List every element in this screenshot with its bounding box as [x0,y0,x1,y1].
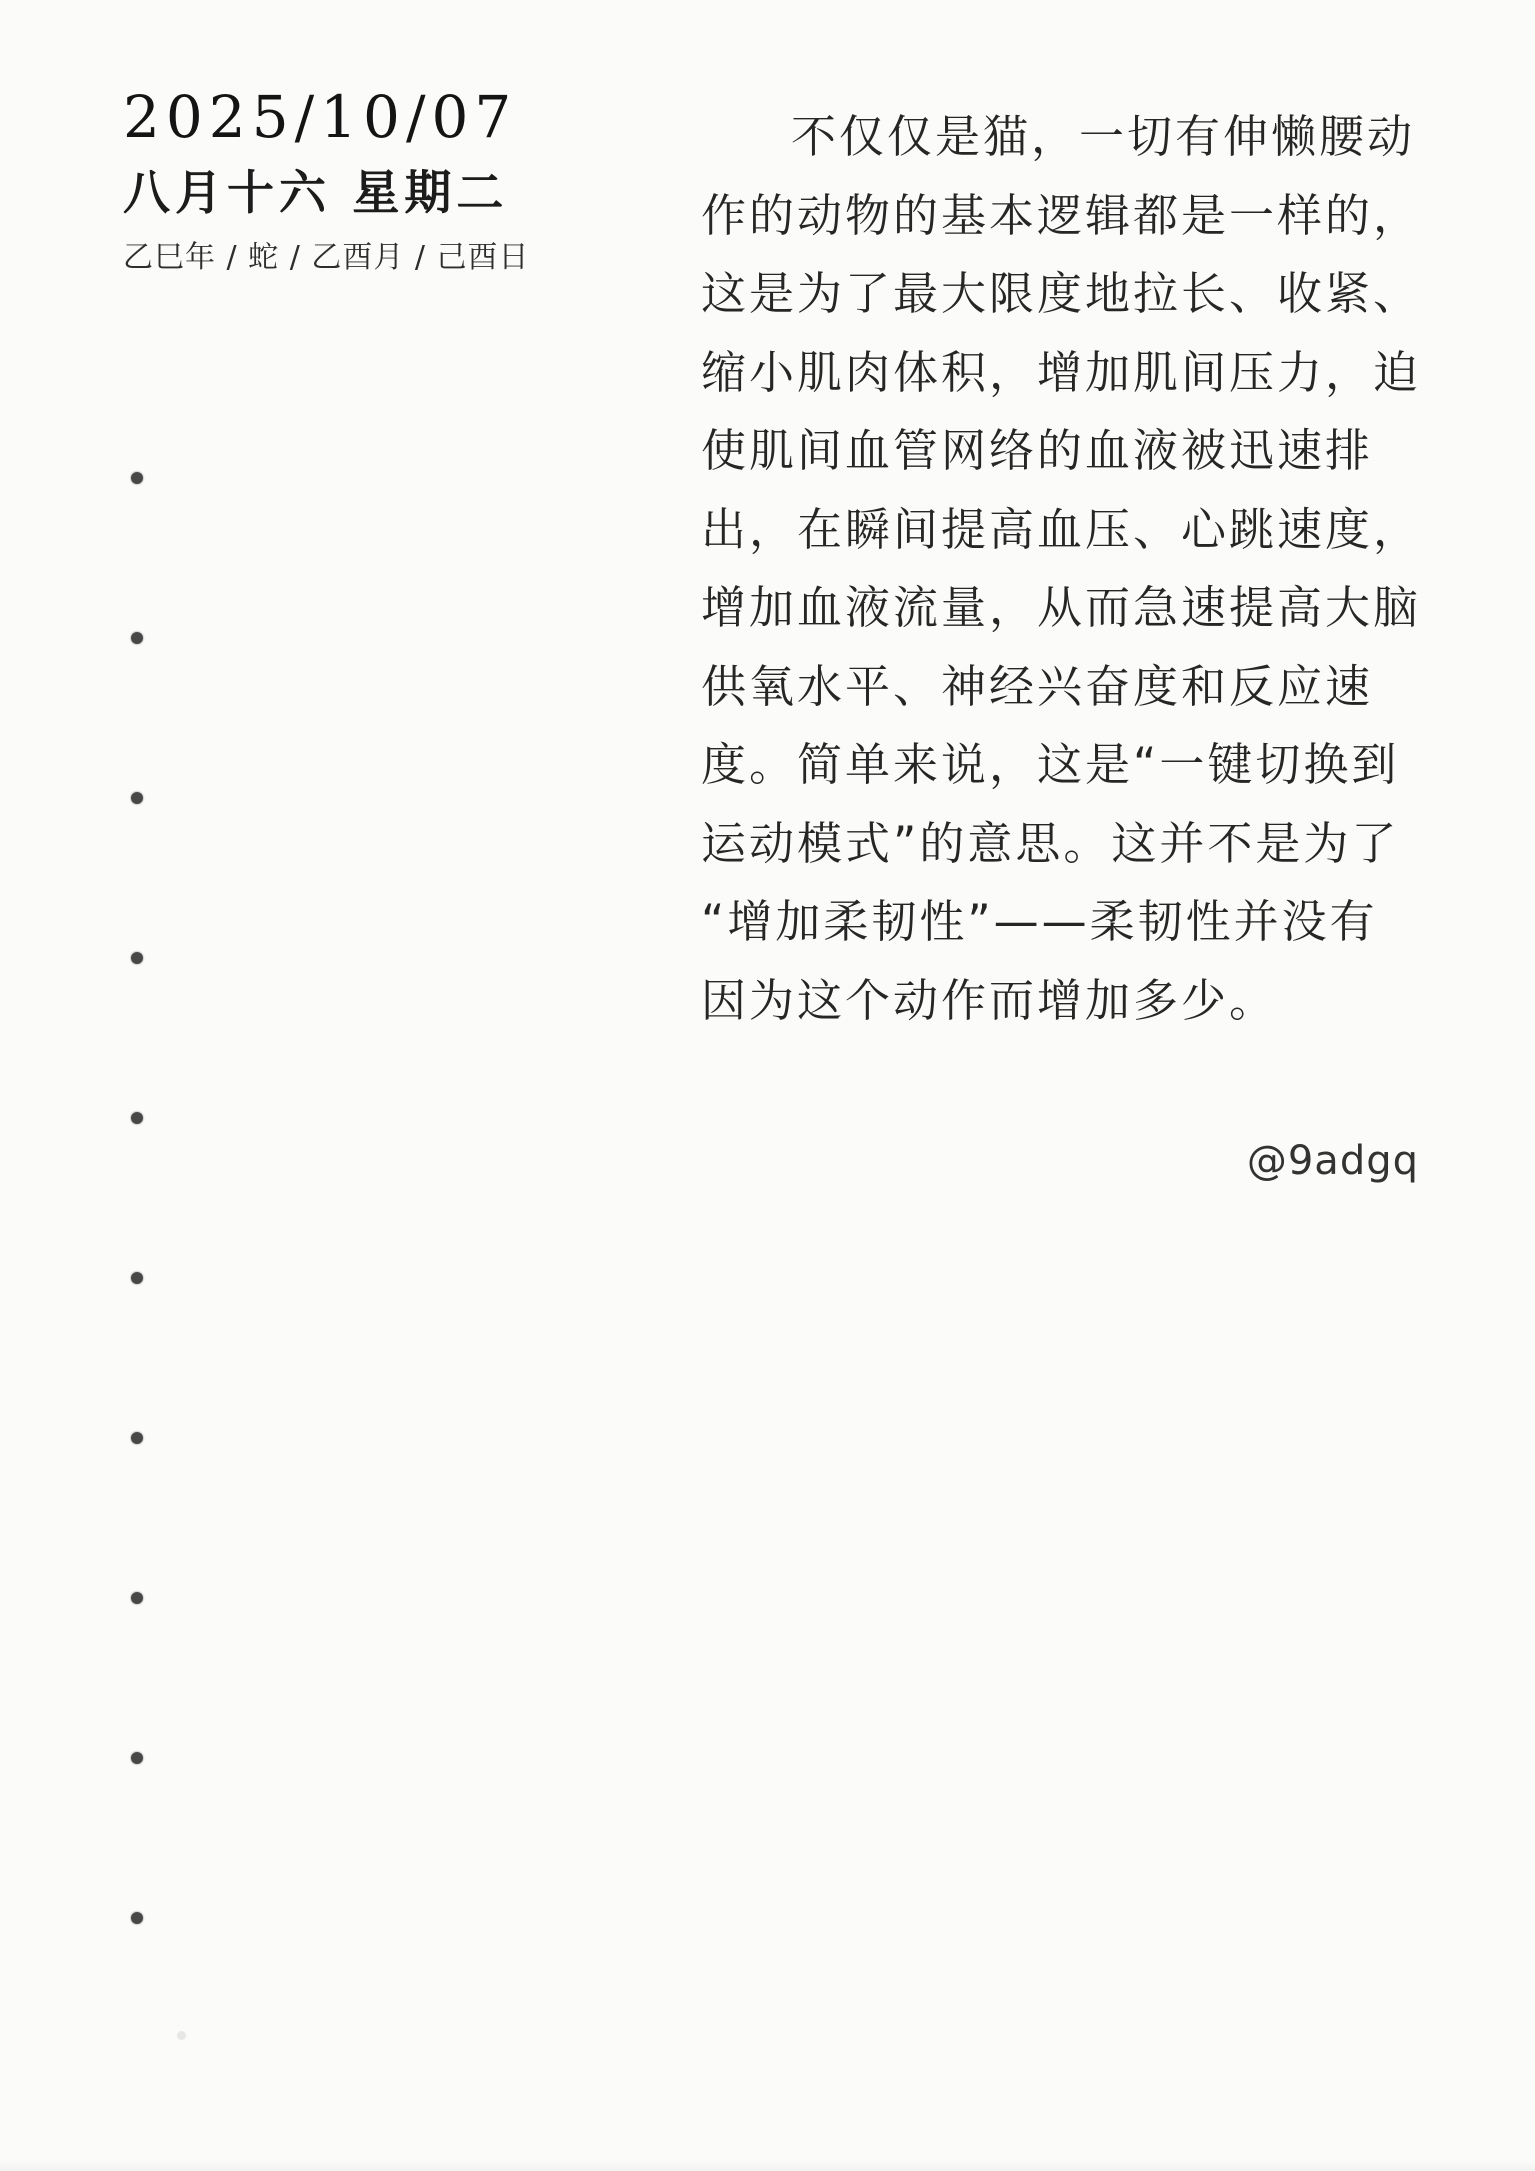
paragraph-line: 因为这个动作而增加多少。 [701,962,1429,1041]
paragraph-line: “增加柔韧性”——柔韧性并没有 [701,883,1429,962]
margin-dot [131,1912,143,1924]
gregorian-date: 2025/10/07 [123,88,530,146]
paragraph-line: 运动模式”的意思。这并不是为了 [701,805,1429,884]
margin-dot [131,472,143,484]
date-header: 2025/10/07 八月十六 星期二 乙巳年 / 蛇 / 乙酉月 / 己酉日 [123,88,530,273]
paragraph-line: 增加血液流量，从而急速提高大脑 [701,569,1429,648]
paragraph-line: 出，在瞬间提高血压、心跳速度， [701,491,1429,570]
author-handle: @9adgq [701,1138,1429,1184]
margin-dot [131,1752,143,1764]
margin-dot [131,1592,143,1604]
journal-page: 2025/10/07 八月十六 星期二 乙巳年 / 蛇 / 乙酉月 / 己酉日 … [0,0,1535,2171]
ganzhi-calendar-line: 乙巳年 / 蛇 / 乙酉月 / 己酉日 [123,243,530,273]
paragraph: 不仅仅是猫，一切有伸懒腰动作的动物的基本逻辑都是一样的，这是为了最大限度地拉长、… [701,98,1429,1040]
margin-dot [131,1112,143,1124]
scan-speck [177,2031,186,2040]
journal-entry: 不仅仅是猫，一切有伸懒腰动作的动物的基本逻辑都是一样的，这是为了最大限度地拉长、… [701,98,1429,1040]
margin-dot [131,952,143,964]
margin-dot [131,632,143,644]
margin-dot [131,1432,143,1444]
paragraph-line: 缩小肌肉体积，增加肌间压力，迫 [701,334,1429,413]
margin-dot [131,1272,143,1284]
paragraph-line: 供氧水平、神经兴奋度和反应速 [701,648,1429,727]
paragraph-line: 作的动物的基本逻辑都是一样的， [701,177,1429,256]
paragraph-line: 这是为了最大限度地拉长、收紧、 [701,255,1429,334]
paragraph-line: 使肌间血管网络的血液被迅速排 [701,412,1429,491]
margin-dot [131,792,143,804]
paragraph-line: 不仅仅是猫，一切有伸懒腰动 [701,98,1429,177]
paragraph-line: 度。简单来说，这是“一键切换到 [701,726,1429,805]
lunar-date: 八月十六 星期二 [123,170,530,217]
